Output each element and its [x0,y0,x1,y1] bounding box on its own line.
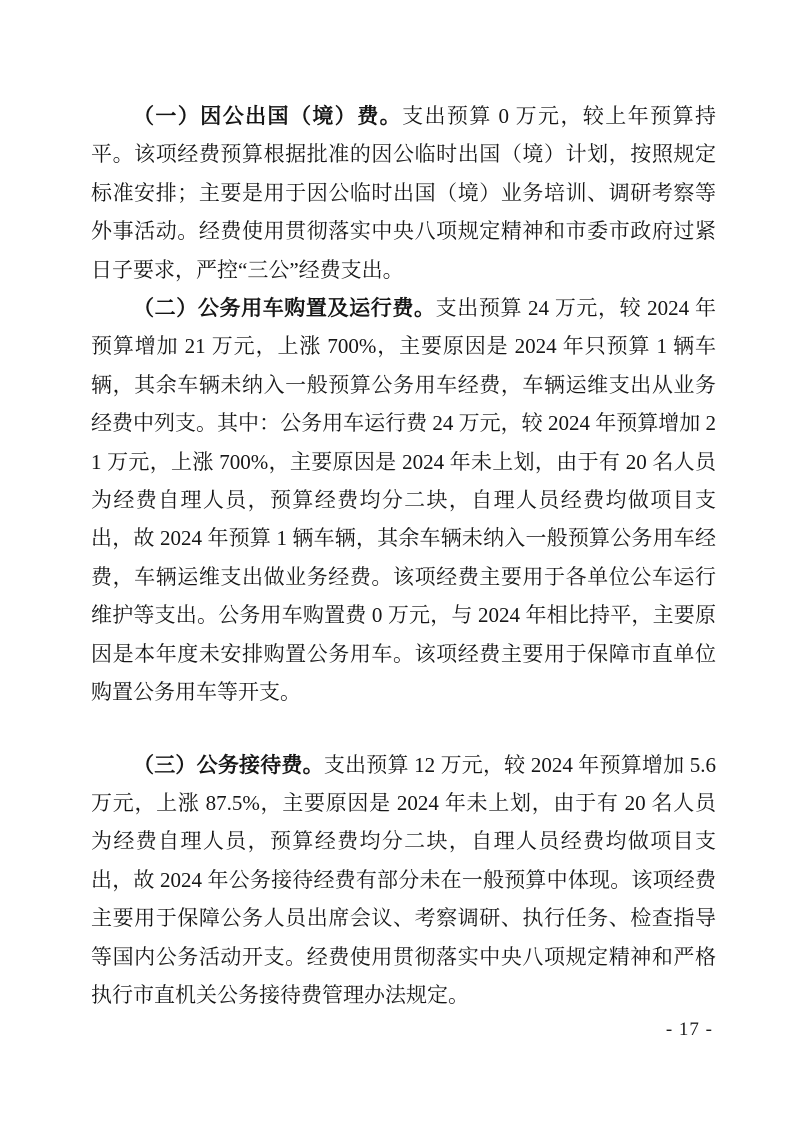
paragraph-heading: （三）公务接待费。 [133,753,324,777]
paragraph-overseas-travel-expense: （一）因公出国（境）费。支出预算 0 万元，较上年预算持平。该项经费预算根据批准… [91,97,716,289]
paragraph-heading: （一）因公出国（境）费。 [133,104,402,128]
paragraph-heading: （二）公务用车购置及运行费。 [133,296,436,320]
paragraph-official-vehicle-expense: （二）公务用车购置及运行费。支出预算 24 万元，较 2024 年预算增加 21… [91,289,716,711]
paragraph-body-text: 支出预算 24 万元，较 2024 年预算增加 21 万元，上涨 700%，主要… [91,296,716,704]
paragraph-body-text: 支出预算 12 万元，较 2024 年预算增加 5.6 万元，上涨 87.5%，… [91,753,716,1007]
paragraph-body-text: 支出预算 0 万元，较上年预算持平。该项经费预算根据批准的因公临时出国（境）计划… [91,104,716,282]
document-body: （一）因公出国（境）费。支出预算 0 万元，较上年预算持平。该项经费预算根据批准… [91,97,716,1014]
page-number: - 17 - [666,1018,713,1042]
paragraph-official-reception-expense: （三）公务接待费。支出预算 12 万元，较 2024 年预算增加 5.6 万元，… [91,746,716,1015]
document-page: （一）因公出国（境）费。支出预算 0 万元，较上年预算持平。该项经费预算根据批准… [0,0,793,1122]
